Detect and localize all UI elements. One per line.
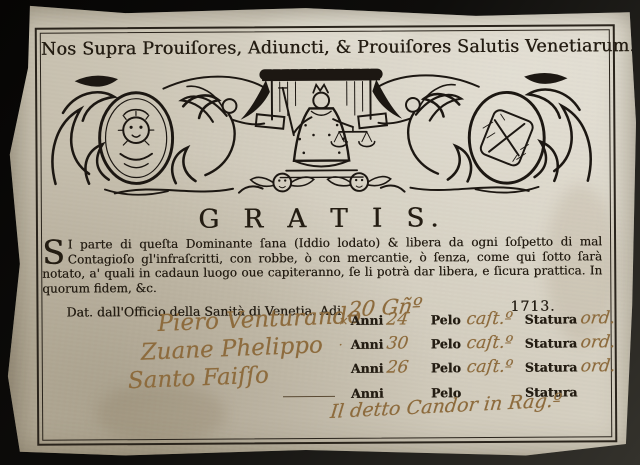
handwritten-names-column: Piero Venturando Zuane Phelippo Santo Fa… [125,302,364,396]
engraving-svg [45,64,598,203]
anni-label: Anni [351,337,387,352]
body-paragraph: SI parte di queſta Dominante ſana (Iddio… [42,234,602,296]
bottom-scrollwork [115,185,529,194]
lion-of-st-mark-icon [99,93,172,184]
pelo-label: Pelo [431,360,467,375]
anni-value: 24 [385,309,431,329]
scales-of-justice-icon [331,127,374,147]
pelo-label: Pelo [430,312,466,327]
anni-label: Anni [351,361,387,376]
woodcut-header-engraving [45,64,598,203]
pelo-value: caſt.º [466,333,526,353]
pelo-label: Pelo [431,336,467,351]
pelo-value: caſt.º [465,309,525,329]
printed-area: Nos Supra Prouiſores, Adiuncti, & Prouiſ… [5,2,638,462]
statura-value: ord. [580,332,624,352]
ermine-spots [298,124,344,154]
anni-value: 26 [386,357,432,377]
dropcap-S: S [42,238,68,266]
pelo-value: caſt.º [466,357,526,377]
blank-entry-line [283,396,335,397]
health-pass-sheet: Nos Supra Prouiſores, Adiuncti, & Prouiſ… [6,4,636,460]
statura-value: ord. [579,308,623,328]
anni-value: 30 [386,333,432,353]
statura-label: Statura [525,335,581,350]
canopy-icon [240,74,402,120]
table-row: × Anni 24 Pelo caſt.º Statura ord. [338,308,622,334]
table-row: · Anni 30 Pelo caſt.º Statura ord. [339,332,623,358]
hand-mark: · [338,338,352,352]
cherub-left-icon [251,173,314,191]
enthroned-venice-icon [279,84,375,177]
acanthus-foliage-icon [52,75,269,196]
angel-left-icon [181,86,285,176]
photograph-background: Nos Supra Prouiſores, Adiuncti, & Prouiſ… [0,0,640,465]
anni-label: Anni [350,313,386,328]
statura-value: ord. [580,356,624,376]
hand-mark: × [338,314,352,328]
statura-label: Statura [525,359,581,374]
angel-right-icon [358,85,462,175]
document-title: Nos Supra Prouiſores, Adiuncti, & Prouiſ… [41,36,601,59]
gratis-heading: G R A T I S. [42,202,602,235]
table-row: Anni 26 Pelo caſt.º Statura ord. [339,356,623,382]
body-text: I parte di queſta Dominante ſana (Iddio … [42,234,602,295]
statura-label: Statura [524,311,580,326]
coat-of-arms-icon [469,92,544,183]
